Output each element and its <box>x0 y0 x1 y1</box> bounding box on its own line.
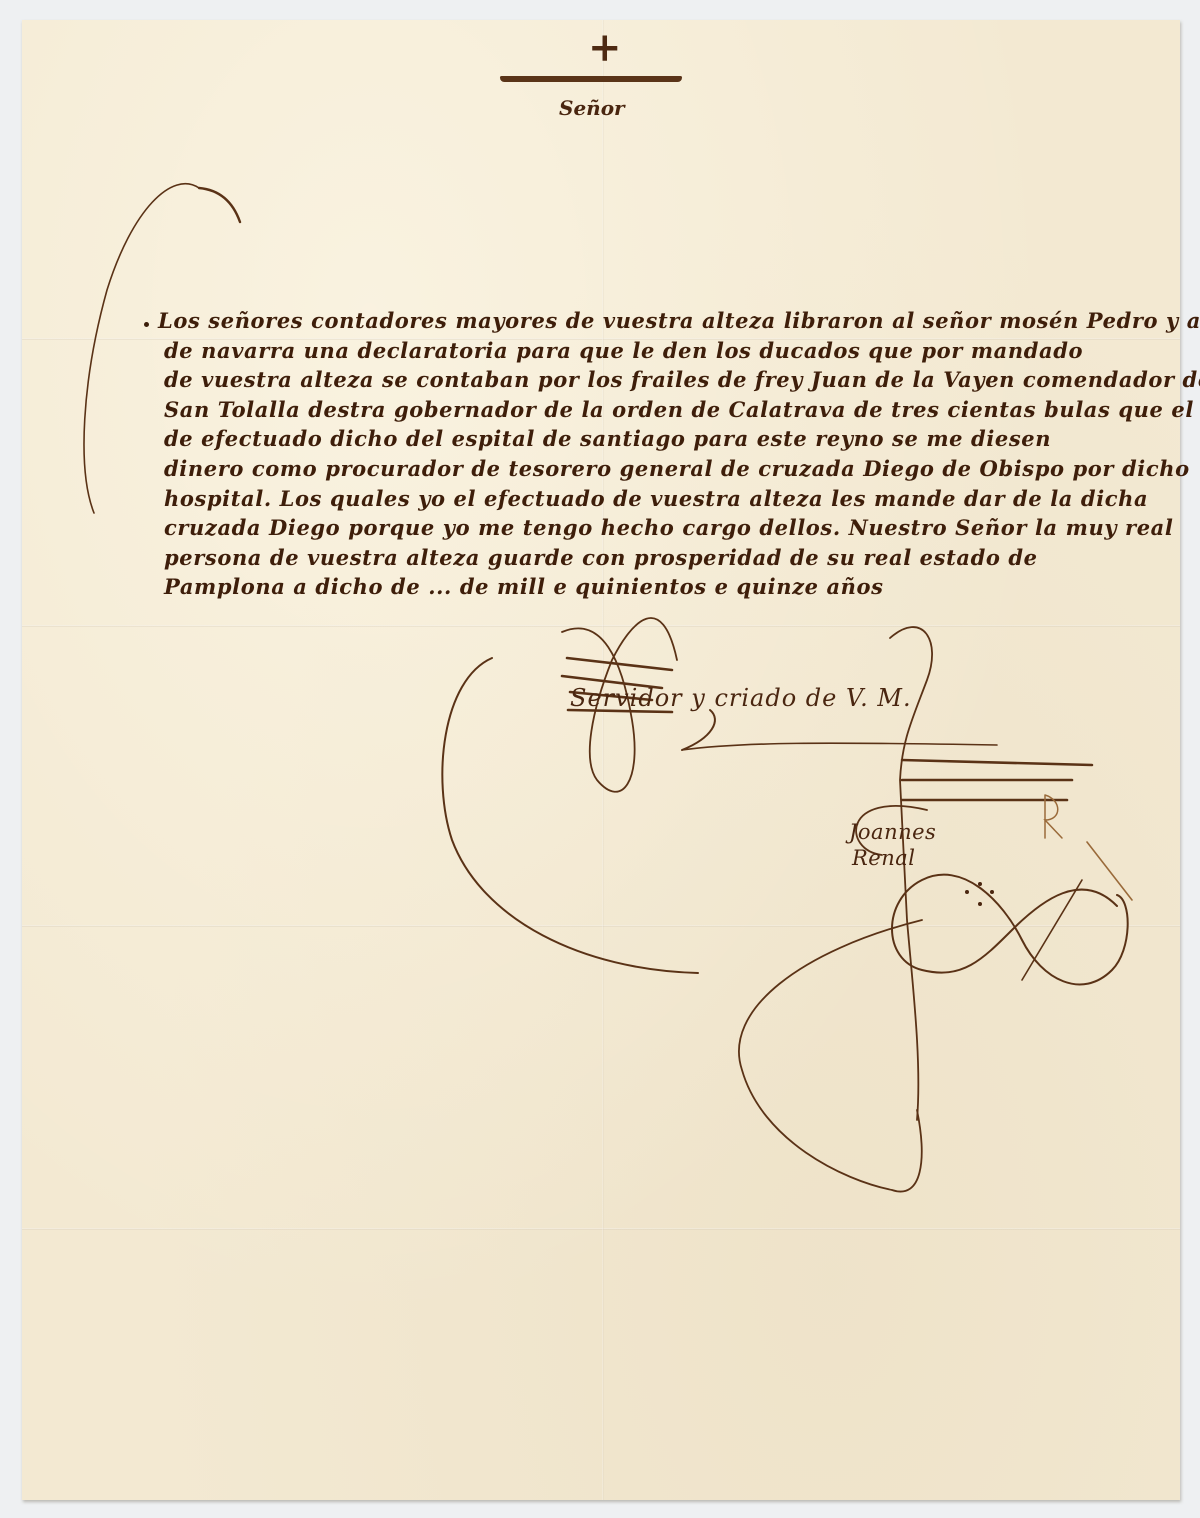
cross-symbol: + <box>588 28 622 68</box>
body-line: dinero como procurador de tesorero gener… <box>150 454 1150 484</box>
heading-rule <box>500 76 682 82</box>
body-line: hospital. Los quales yo el efectuado de … <box>150 484 1150 514</box>
letter-body: Los señores contadores mayores de vuestr… <box>150 306 1150 602</box>
body-line: de vuestra alteza se contaban por los fr… <box>150 365 1150 395</box>
fold-crease <box>22 925 1180 927</box>
body-line: Pamplona a dicho de ... de mill e quinie… <box>150 572 1150 602</box>
salutation: Señor <box>559 96 625 120</box>
signature-last-name: Renal <box>852 846 916 870</box>
manuscript-page: + Señor <box>22 20 1180 1500</box>
fold-crease <box>22 1228 1180 1230</box>
body-line: persona de vuestra alteza guarde con pro… <box>150 543 1150 573</box>
body-line: cruzada Diego porque yo me tengo hecho c… <box>150 513 1150 543</box>
fold-crease <box>22 625 1180 627</box>
body-line: Los señores contadores mayores de vuestr… <box>150 306 1150 336</box>
body-line: San Tolalla destra gobernador de la orde… <box>150 395 1150 425</box>
signature-first-name: Joannes <box>849 820 936 844</box>
body-line: de efectuado dicho del espital de santia… <box>150 424 1150 454</box>
closing-formula: Servidor y criado de V. M. <box>570 684 912 712</box>
body-line: de navarra una declaratoria para que le … <box>150 336 1150 366</box>
bullet-mark <box>144 322 149 327</box>
fold-crease-vertical <box>602 20 604 1500</box>
calligraphic-flourishes <box>22 20 1180 1500</box>
